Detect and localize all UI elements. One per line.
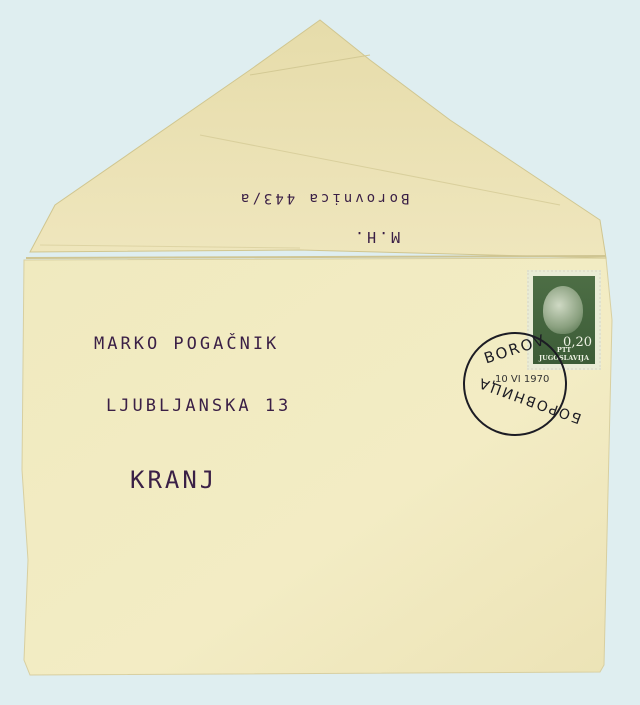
sender-address: Borovnica 443/a <box>238 190 409 206</box>
postmark-top-text: BOROV <box>482 331 548 368</box>
postmark: BOROV 10 VI 1970 БОРОВНИЦА <box>463 332 567 436</box>
recipient-city: KRANJ <box>130 466 217 494</box>
recipient-street: LJUBLJANSKA 13 <box>106 396 291 416</box>
envelope-flap <box>30 20 606 258</box>
envelope-body <box>22 258 612 675</box>
sender-initials: M.H. <box>352 228 400 246</box>
recipient-name: MARKO POGAČNIK <box>94 334 279 354</box>
portrait-icon <box>543 286 583 334</box>
